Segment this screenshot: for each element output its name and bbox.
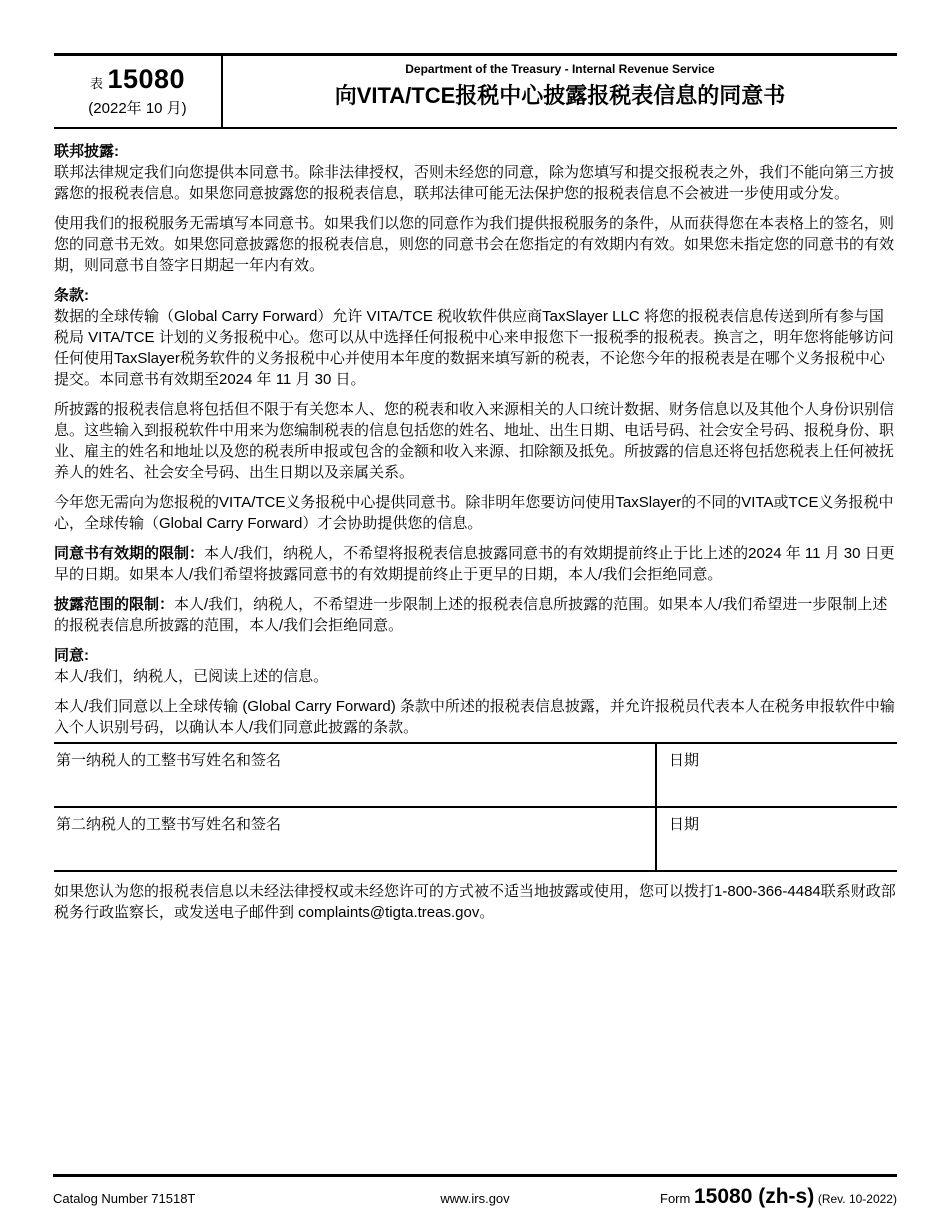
complaint-note-text-before: 如果您认为您的报税表信息以未经法律授权或未经您许可的方式被不适当地披露或使用，您… <box>54 883 714 900</box>
form-header: 表 15080 (2022年 10 月) Department of the T… <box>54 53 897 129</box>
scope-limit-text: 本人/我们，纳税人，不希望进一步限制上述的报税表信息所披露的范围。如果本人/我们… <box>54 596 887 634</box>
form-number: 15080 <box>107 64 185 94</box>
duration-limit-label: 同意书有效期的限制： <box>54 545 204 562</box>
form-revision-date: (2022年 10 月) <box>58 97 217 118</box>
consent-paragraph-2: 本人/我们同意以上全球传输 (Global Carry Forward) 条款中… <box>54 696 897 738</box>
terms-paragraph-2: 所披露的报税表信息将包括但不限于有关您本人、您的税表和收入来源相关的人口统计数据… <box>54 399 897 483</box>
primary-taxpayer-date-field[interactable]: 日期 <box>657 744 897 806</box>
signature-table: 第一纳税人的工整书写姓名和签名 日期 第二纳税人的工整书写姓名和签名 日期 <box>54 742 897 872</box>
secondary-taxpayer-date-label: 日期 <box>669 816 699 833</box>
complaint-email-address: complaints@tigta.treas.gov <box>298 904 479 921</box>
terms-paragraph-1: 数据的全球传输（Global Carry Forward）允许 VITA/TCE… <box>54 306 897 390</box>
federal-disclosure-paragraph-1: 联邦法律规定我们向您提供本同意书。除非法律授权，否则未经您的同意，除为您填写和提… <box>54 162 897 204</box>
footer-form-number: 15080 (zh-s) <box>694 1185 814 1208</box>
primary-taxpayer-signature-field[interactable]: 第一纳税人的工整书写姓名和签名 <box>54 744 657 806</box>
form-label-prefix: 表 <box>90 76 103 91</box>
primary-taxpayer-date-label: 日期 <box>669 752 699 769</box>
scope-limit-paragraph: 披露范围的限制：本人/我们，纳税人，不希望进一步限制上述的报税表信息所披露的范围… <box>54 594 897 636</box>
federal-disclosure-heading: 联邦披露: <box>54 141 897 162</box>
consent-paragraph-1: 本人/我们，纳税人，已阅读上述的信息。 <box>54 666 897 687</box>
primary-taxpayer-signature-label: 第一纳税人的工整书写姓名和签名 <box>56 752 281 769</box>
terms-heading: 条款: <box>54 285 897 306</box>
irs-website: www.irs.gov <box>334 1191 615 1206</box>
form-number-line: 表 15080 <box>58 64 217 95</box>
secondary-taxpayer-signature-label: 第二纳税人的工整书写姓名和签名 <box>56 816 281 833</box>
secondary-taxpayer-date-field[interactable]: 日期 <box>657 808 897 870</box>
complaint-note: 如果您认为您的报税表信息以未经法律授权或未经您许可的方式被不适当地披露或使用，您… <box>54 881 897 923</box>
complaint-phone-number: 1-800-366-4484 <box>714 883 821 900</box>
secondary-taxpayer-signature-field[interactable]: 第二纳税人的工整书写姓名和签名 <box>54 808 657 870</box>
page-title: 向VITA/TCE报税中心披露报税表信息的同意书 <box>223 79 897 110</box>
footer-form-prefix: Form <box>660 1191 690 1206</box>
page-footer: Catalog Number 71518T www.irs.gov Form 1… <box>53 1174 897 1209</box>
body-text: 联邦披露: 联邦法律规定我们向您提供本同意书。除非法律授权，否则未经您的同意，除… <box>54 141 897 738</box>
complaint-note-text-after: 。 <box>479 904 494 921</box>
form-page: 表 15080 (2022年 10 月) Department of the T… <box>0 0 950 1230</box>
footer-form-id: Form 15080 (zh-s) (Rev. 10-2022) <box>616 1185 897 1209</box>
footer-revision: (Rev. 10-2022) <box>818 1192 897 1206</box>
scope-limit-label: 披露范围的限制： <box>54 596 174 613</box>
catalog-number: Catalog Number 71518T <box>53 1191 334 1206</box>
terms-paragraph-3: 今年您无需向为您报税的VITA/TCE义务报税中心提供同意书。除非明年您要访问使… <box>54 492 897 534</box>
title-box: Department of the Treasury - Internal Re… <box>223 56 897 127</box>
duration-limit-paragraph: 同意书有效期的限制：本人/我们，纳税人，不希望将报税表信息披露同意书的有效期提前… <box>54 543 897 585</box>
table-row: 第一纳税人的工整书写姓名和签名 日期 <box>54 744 897 808</box>
agency-name: Department of the Treasury - Internal Re… <box>223 62 897 76</box>
form-number-box: 表 15080 (2022年 10 月) <box>54 56 223 127</box>
consent-heading: 同意: <box>54 645 897 666</box>
table-row: 第二纳税人的工整书写姓名和签名 日期 <box>54 808 897 872</box>
form-content: 表 15080 (2022年 10 月) Department of the T… <box>0 0 950 923</box>
federal-disclosure-paragraph-2: 使用我们的报税服务无需填写本同意书。如果我们以您的同意作为我们提供报税服务的条件… <box>54 213 897 276</box>
